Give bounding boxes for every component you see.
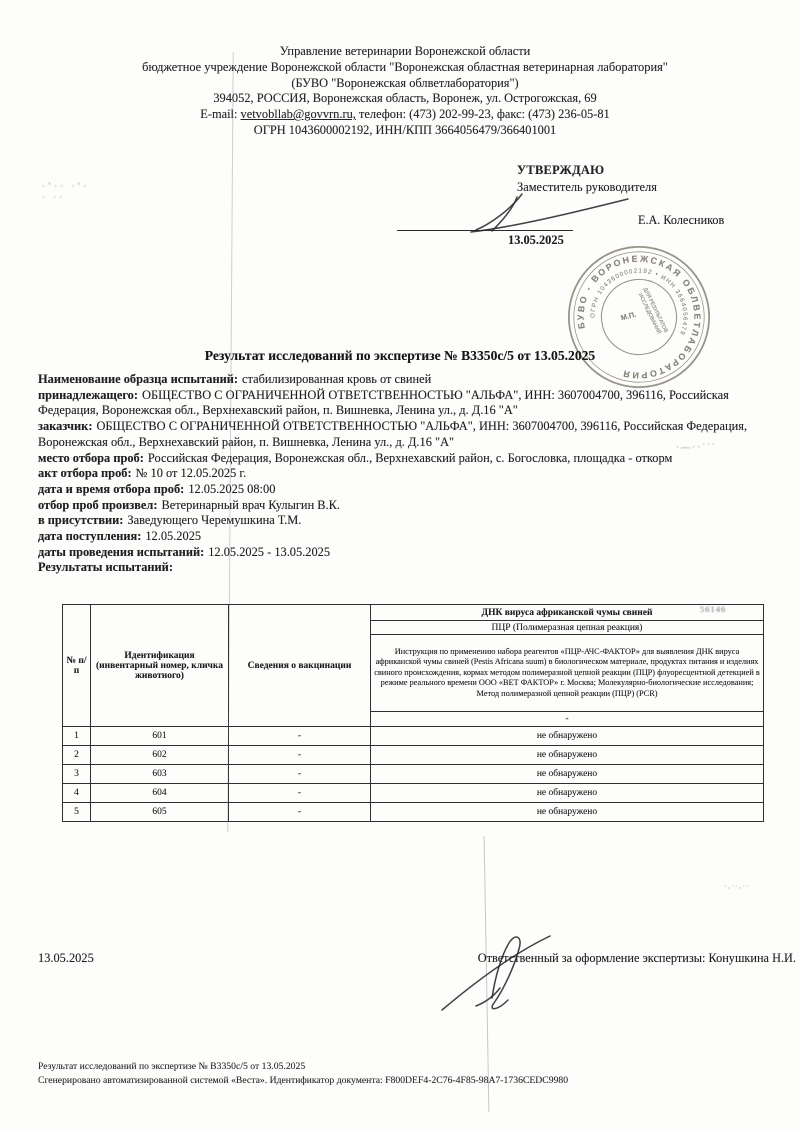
column-header-identification: Идентификация (инвентарный номер, кличка…	[91, 605, 229, 727]
organization-header: Управление ветеринарии Воронежской облас…	[40, 44, 770, 139]
margin-scan-mark	[676, 442, 717, 452]
field-value: ОБЩЕСТВО С ОГРАНИЧЕННОЙ ОТВЕТСТВЕННОСТЬЮ…	[38, 419, 747, 449]
row-number-cell: 3	[63, 765, 91, 784]
row-result-cell: не обнаружено	[371, 784, 764, 803]
field-label: Наименование образца испытаний:	[38, 372, 238, 386]
stamp-mp-label: М.П.	[620, 310, 637, 323]
row-identification-cell: 602	[91, 746, 229, 765]
approval-date: 13.05.2025	[508, 233, 564, 248]
row-identification-cell: 601	[91, 727, 229, 746]
field-label: акт отбора проб:	[38, 466, 132, 480]
field-label: в присутствии:	[38, 513, 123, 527]
field-value: 12.05.2025 08:00	[188, 482, 275, 496]
field-line: отбор проб произвел:Ветеринарный врач Ку…	[38, 498, 782, 514]
field-value: Заведующего Черемушкина Т.М.	[127, 513, 301, 527]
field-label: дата поступления:	[38, 529, 141, 543]
row-identification-cell: 603	[91, 765, 229, 784]
field-label: место отбора проб:	[38, 451, 144, 465]
field-line: место отбора проб:Российская Федерация, …	[38, 451, 782, 467]
field-line: даты проведения испытаний:12.05.2025 - 1…	[38, 545, 782, 561]
svg-text:БУВО - ВОРОНЕЖСКАЯ ОБЛВЕТЛАБОР: БУВО - ВОРОНЕЖСКАЯ ОБЛВЕТЛАБОРАТОРИЯ	[562, 240, 716, 394]
row-vaccination-cell: -	[229, 784, 371, 803]
table-row: 1 601 - не обнаружено	[63, 727, 764, 746]
field-label: даты проведения испытаний:	[38, 545, 204, 559]
margin-scan-mark	[724, 884, 750, 893]
email-link[interactable]: vetvobllab@govvrn.ru,	[241, 107, 356, 121]
field-line: Результаты испытаний:	[38, 560, 782, 576]
footnotes	[62, 808, 772, 814]
row-number-cell: 2	[63, 746, 91, 765]
field-label: Результаты испытаний:	[38, 560, 173, 574]
responsible-person: Ответственный за оформление экспертизы: …	[478, 951, 796, 966]
row-result-cell: не обнаружено	[371, 727, 764, 746]
org-address-line: 394052, РОССИЯ, Воронежская область, Вор…	[40, 91, 770, 107]
field-value: Российская Федерация, Воронежская обл., …	[148, 451, 672, 465]
units-cell: -	[371, 712, 764, 727]
row-result-cell: не обнаружено	[371, 765, 764, 784]
signature-line	[397, 230, 573, 231]
field-line: принадлежащего:ОБЩЕСТВО С ОГРАНИЧЕННОЙ О…	[38, 388, 782, 419]
method-short-header: ПЦР (Полимеразная цепная реакция)	[371, 621, 764, 635]
row-vaccination-cell: -	[229, 765, 371, 784]
org-ogrn-line: ОГРН 1043600002192, ИНН/КПП 3664056479/3…	[40, 123, 770, 139]
method-full-header: Инструкция по применению набора реагенто…	[371, 635, 764, 712]
phone-fax-text: телефон: (473) 202-99-23, факс: (473) 23…	[359, 107, 610, 121]
field-line: дата и время отбора проб:12.05.2025 08:0…	[38, 482, 782, 498]
org-shortname-line: (БУВО "Воронежская облветлаборатория")	[40, 76, 770, 92]
field-line: Наименование образца испытаний:стабилизи…	[38, 372, 782, 388]
specimen-fields: Наименование образца испытаний:стабилизи…	[38, 372, 782, 576]
column-header-num: № п/п	[63, 605, 91, 727]
row-number-cell: 1	[63, 727, 91, 746]
field-value: Ветеринарный врач Кулыгин В.К.	[161, 498, 340, 512]
org-fullname-line: бюджетное учреждение Воронежской области…	[40, 60, 770, 76]
row-vaccination-cell: -	[229, 727, 371, 746]
table-row: 4 604 - не обнаружено	[63, 784, 764, 803]
field-line: акт отбора проб:№ 10 от 12.05.2025 г.	[38, 466, 782, 482]
field-label: дата и время отбора проб:	[38, 482, 184, 496]
stamp-ring-text: БУВО - ВОРОНЕЖСКАЯ ОБЛВЕТЛАБОРАТОРИЯ	[562, 240, 716, 394]
document-title: Результат исследований по экспертизе № В…	[0, 348, 800, 364]
signoff-date: 13.05.2025	[38, 951, 94, 966]
field-label: принадлежащего:	[38, 388, 138, 402]
row-number-cell: 4	[63, 784, 91, 803]
field-label: отбор проб произвел:	[38, 498, 157, 512]
pencil-smudge	[42, 181, 152, 203]
responsible-signature	[436, 926, 571, 1021]
field-line: в присутствии:Заведующего Черемушкина Т.…	[38, 513, 782, 529]
table-row: 3 603 - не обнаружено	[63, 765, 764, 784]
field-value: стабилизированная кровь от свиней	[242, 372, 431, 386]
field-line: дата поступления:12.05.2025	[38, 529, 782, 545]
row-identification-cell: 604	[91, 784, 229, 803]
field-label: заказчик:	[38, 419, 92, 433]
faint-scan-code: 56146	[700, 604, 726, 614]
results-table: № п/п Идентификация (инвентарный номер, …	[62, 604, 764, 822]
field-value: ОБЩЕСТВО С ОГРАНИЧЕННОЙ ОТВЕТСТВЕННОСТЬЮ…	[38, 388, 729, 418]
field-value: 12.05.2025 - 13.05.2025	[208, 545, 330, 559]
field-line: заказчик:ОБЩЕСТВО С ОГРАНИЧЕННОЙ ОТВЕТСТ…	[38, 419, 782, 450]
table-row: 2 602 - не обнаружено	[63, 746, 764, 765]
row-vaccination-cell: -	[229, 746, 371, 765]
column-header-vaccination: Сведения о вакцинации	[229, 605, 371, 727]
approval-label: УТВЕРЖДАЮ	[517, 162, 657, 179]
row-result-cell: не обнаружено	[371, 746, 764, 765]
field-value: 12.05.2025	[145, 529, 201, 543]
org-name-line: Управление ветеринарии Воронежской облас…	[40, 44, 770, 60]
scanned-document-page: Управление ветеринарии Воронежской облас…	[0, 0, 800, 1130]
org-contacts-line: E-mail: vetvobllab@govvrn.ru, телефон: (…	[40, 107, 770, 123]
